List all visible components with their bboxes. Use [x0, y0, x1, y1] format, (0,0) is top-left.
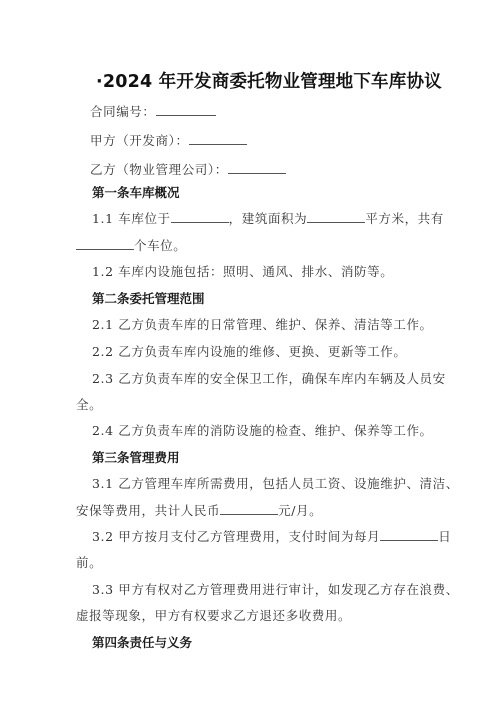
clause-2-2: 2.2 乙方负责车库内设施的维修、更换、更新等工作。: [92, 344, 406, 360]
clause-1-2: 1.2 车库内设施包括：照明、通风、排水、消防等。: [92, 264, 393, 280]
clause-2-4: 2.4 乙方负责车库的消防设施的检查、维护、保养等工作。: [92, 423, 433, 439]
contract-number-blank[interactable]: [156, 104, 216, 116]
party-b-label: 乙方（物业管理公司）：: [90, 162, 228, 177]
garage-location-blank[interactable]: [171, 211, 229, 223]
contract-number-field: 合同编号：: [90, 104, 216, 120]
clause-1-1-text-d: 个车位。: [134, 238, 186, 253]
clause-1-1-text-b: ，建筑面积为: [229, 211, 308, 226]
garage-area-blank[interactable]: [307, 211, 365, 223]
monthly-fee-blank[interactable]: [220, 503, 278, 515]
party-a-field: 甲方（开发商）：: [90, 133, 247, 149]
section-4-heading: 第四条责任与义务: [92, 635, 192, 651]
clause-2-3-line1: 2.3 乙方负责车库的安全保卫工作，确保车库内车辆及人员安: [92, 371, 446, 387]
clause-3-1-line1: 3.1 乙方管理车库所需费用，包括人员工资、设施维护、清洁、: [92, 476, 459, 492]
clause-2-1: 2.1 乙方负责车库的日常管理、维护、保养、清洁等工作。: [92, 317, 433, 333]
document-title: ·2024 年开发商委托物业管理地下车库协议: [96, 68, 436, 93]
clause-3-2-line2: 前。: [76, 555, 102, 571]
clause-3-3-line1: 3.3 甲方有权对乙方管理费用进行审计，如发现乙方存在浪费、: [92, 582, 459, 598]
clause-2-3-line2: 全。: [76, 397, 102, 413]
party-a-blank[interactable]: [189, 133, 247, 145]
clause-3-1-text-b: 元/月。: [278, 503, 322, 518]
section-3-heading: 第三条管理费用: [92, 450, 180, 466]
party-a-label: 甲方（开发商）：: [90, 133, 189, 148]
party-b-blank[interactable]: [228, 162, 286, 174]
clause-1-1-line1: 1.1 车库位于，建筑面积为平方米，共有: [92, 211, 444, 227]
clause-3-2-line1: 3.2 甲方按月支付乙方管理费用，支付时间为每月日: [92, 529, 451, 545]
clause-3-1-text-a: 安保等费用，共计人民币: [76, 503, 220, 518]
clause-3-3-line2: 虚报等现象，甲方有权要求乙方退还多收费用。: [76, 608, 351, 624]
clause-3-1-line2: 安保等费用，共计人民币元/月。: [76, 503, 322, 519]
clause-1-1-text-a: 1.1 车库位于: [92, 211, 171, 226]
clause-3-2-text-b: 日: [438, 529, 451, 544]
document-page: ·2024 年开发商委托物业管理地下车库协议 合同编号： 甲方（开发商）： 乙方…: [0, 0, 500, 707]
section-2-heading: 第二条委托管理范围: [92, 291, 205, 307]
clause-1-1-line2: 个车位。: [76, 238, 186, 254]
contract-number-label: 合同编号：: [90, 104, 156, 119]
party-b-field: 乙方（物业管理公司）：: [90, 162, 286, 178]
clause-1-1-text-c: 平方米，共有: [365, 211, 444, 226]
section-1-heading: 第一条车库概况: [92, 185, 180, 201]
payment-day-blank[interactable]: [380, 529, 438, 541]
parking-spaces-blank[interactable]: [76, 238, 134, 250]
clause-3-2-text-a: 3.2 甲方按月支付乙方管理费用，支付时间为每月: [92, 529, 380, 544]
